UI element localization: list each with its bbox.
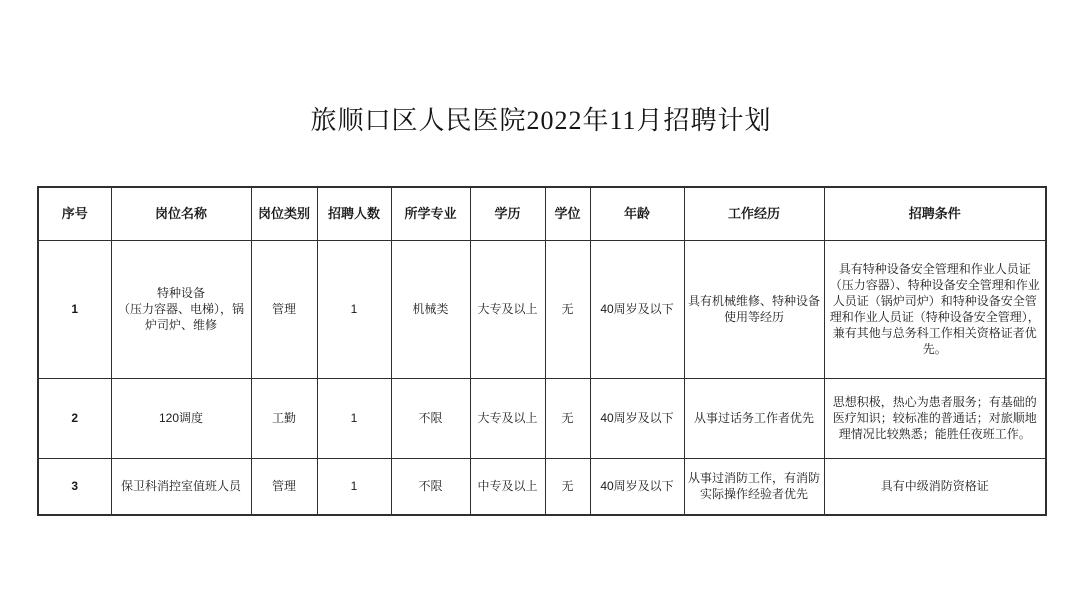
table-header-row: 序号 岗位名称 岗位类别 招聘人数 所学专业 学历 学位 年龄 工作经历 招聘条… [38,187,1046,240]
col-header-education: 学历 [470,187,545,240]
cell-row3-category: 管理 [251,458,317,515]
cell-row3-experience: 从事过消防工作，有消防实际操作经验者优先 [684,458,824,515]
col-header-requirements: 招聘条件 [824,187,1046,240]
col-header-position: 岗位名称 [111,187,251,240]
cell-row3-major: 不限 [391,458,470,515]
cell-row3-number: 3 [38,458,111,515]
cell-row2-count: 1 [317,378,391,458]
table-row: 2 120调度 工勤 1 不限 大专及以上 无 40周岁及以下 从事过话务工作者… [38,378,1046,458]
cell-row1-category: 管理 [251,240,317,378]
cell-row1-position: 特种设备 （压力容器、电梯），锅炉司炉、维修 [111,240,251,378]
cell-row1-count: 1 [317,240,391,378]
col-header-degree: 学位 [545,187,590,240]
cell-row1-number: 1 [38,240,111,378]
cell-row1-education: 大专及以上 [470,240,545,378]
cell-row1-requirements: 具有特种设备安全管理和作业人员证（压力容器）、特种设备安全管理和作业人员证（锅炉… [824,240,1046,378]
cell-row3-age: 40周岁及以下 [590,458,684,515]
col-header-major: 所学专业 [391,187,470,240]
cell-row2-requirements: 思想积极，热心为患者服务；有基础的医疗知识；较标准的普通话；对旅顺地理情况比较熟… [824,378,1046,458]
cell-row2-age: 40周岁及以下 [590,378,684,458]
cell-row1-experience: 具有机械维修、特种设备使用等经历 [684,240,824,378]
col-header-count: 招聘人数 [317,187,391,240]
cell-row2-degree: 无 [545,378,590,458]
cell-row3-education: 中专及以上 [470,458,545,515]
recruitment-table: 序号 岗位名称 岗位类别 招聘人数 所学专业 学历 学位 年龄 工作经历 招聘条… [37,186,1047,516]
cell-row1-degree: 无 [545,240,590,378]
cell-row3-position: 保卫科消控室值班人员 [111,458,251,515]
col-header-number: 序号 [38,187,111,240]
cell-row3-requirements: 具有中级消防资格证 [824,458,1046,515]
table-row: 1 特种设备 （压力容器、电梯），锅炉司炉、维修 管理 1 机械类 大专及以上 … [38,240,1046,378]
cell-row1-age: 40周岁及以下 [590,240,684,378]
cell-row2-experience: 从事过话务工作者优先 [684,378,824,458]
cell-row2-education: 大专及以上 [470,378,545,458]
cell-row3-count: 1 [317,458,391,515]
table-row: 3 保卫科消控室值班人员 管理 1 不限 中专及以上 无 40周岁及以下 从事过… [38,458,1046,515]
col-header-age: 年龄 [590,187,684,240]
col-header-category: 岗位类别 [251,187,317,240]
cell-row3-degree: 无 [545,458,590,515]
col-header-experience: 工作经历 [684,187,824,240]
cell-row2-category: 工勤 [251,378,317,458]
document-title: 旅顺口区人民医院2022年11月招聘计划 [38,100,1044,137]
cell-row1-major: 机械类 [391,240,470,378]
cell-row2-major: 不限 [391,378,470,458]
cell-row2-number: 2 [38,378,111,458]
document-page: 旅顺口区人民医院2022年11月招聘计划 序号 岗位名称 岗位类别 招聘人数 所… [0,0,1080,608]
cell-row2-position: 120调度 [111,378,251,458]
